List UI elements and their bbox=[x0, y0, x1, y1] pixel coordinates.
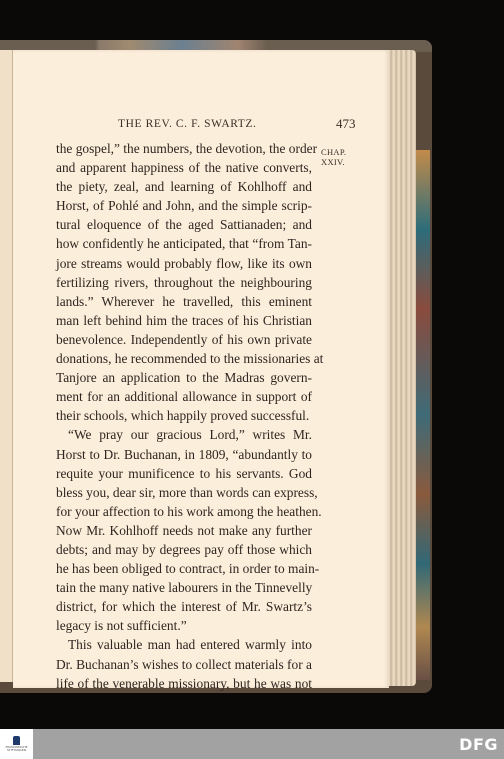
text-line: “We pray our gracious Lord,” writes Mr. bbox=[56, 425, 312, 444]
text-line: tain the many native labourers in the Ti… bbox=[56, 578, 312, 597]
text-line: district, for which the interest of Mr. … bbox=[56, 597, 312, 616]
text-line: the piety, zeal, and learning of Kohlhof… bbox=[56, 177, 312, 196]
text-line: legacy is not sufficient.” bbox=[56, 616, 312, 635]
text-line: for your affection to his work among the… bbox=[56, 502, 312, 521]
book-cover-marbled-edge bbox=[414, 150, 430, 680]
text-line: he has been obliged to contract, in orde… bbox=[56, 559, 312, 578]
text-line: Now Mr. Kohlhoff needs not make any furt… bbox=[56, 521, 312, 540]
franckesche-stiftungen-logo[interactable]: FRANCKESCHE STIFTUNGEN bbox=[0, 729, 33, 759]
text-line: donations, he recommended to the mission… bbox=[56, 349, 312, 368]
logo-caption-line: STIFTUNGEN bbox=[5, 749, 27, 753]
dfg-logo[interactable]: DFG bbox=[459, 735, 498, 754]
viewer-footer-bar: FRANCKESCHE STIFTUNGEN DFG bbox=[0, 729, 504, 759]
text-line: man left behind him the traces of his Ch… bbox=[56, 311, 312, 330]
text-line: Horst, of Pohlé and John, and the simple… bbox=[56, 196, 312, 215]
text-line: requite your munificence to his servants… bbox=[56, 464, 312, 483]
text-line: how confidently he anticipated, that “fr… bbox=[56, 234, 312, 253]
text-line: tural eloquence of the aged Sattianaden;… bbox=[56, 215, 312, 234]
body-text: the gospel,” the numbers, the devotion, … bbox=[56, 139, 312, 693]
text-line: Tanjore an application to the Madras gov… bbox=[56, 368, 312, 387]
running-head: THE REV. C. F. SWARTZ. bbox=[118, 118, 257, 130]
text-line: benevolence. Independently of his own pr… bbox=[56, 330, 312, 349]
logo-caption: FRANCKESCHE STIFTUNGEN bbox=[5, 746, 27, 753]
text-line: Horst to Dr. Buchanan, in 1809, “abundan… bbox=[56, 445, 312, 464]
text-line: fertilizing rivers, throughout the neigh… bbox=[56, 273, 312, 292]
text-line: lands.” Wherever he travelled, this emin… bbox=[56, 292, 312, 311]
text-line: the gospel,” the numbers, the devotion, … bbox=[56, 139, 312, 158]
text-line: Dr. Buchanan’s wishes to collect materia… bbox=[56, 655, 312, 674]
statue-icon bbox=[13, 736, 20, 745]
text-line: life of the venerable missionary, but he… bbox=[56, 674, 312, 693]
page-number: 473 bbox=[336, 116, 356, 132]
text-line: their schools, which happily proved succ… bbox=[56, 406, 312, 425]
text-line: ment for an additional allowance in supp… bbox=[56, 387, 312, 406]
margin-chapter-note: CHAP. XXIV. bbox=[321, 147, 346, 167]
margin-note-line: CHAP. bbox=[321, 147, 346, 157]
text-line: bless you, dear sir, more than words can… bbox=[56, 483, 312, 502]
text-line: and apparent happiness of the native con… bbox=[56, 158, 312, 177]
text-line: debts; and may by degrees pay off those … bbox=[56, 540, 312, 559]
text-line: This valuable man had entered warmly int… bbox=[56, 635, 312, 654]
page-stack-edge bbox=[388, 50, 416, 686]
margin-note-line: XXIV. bbox=[321, 157, 346, 167]
text-line: jore streams would probably flow, like i… bbox=[56, 254, 312, 273]
facing-page-edge bbox=[0, 50, 13, 682]
